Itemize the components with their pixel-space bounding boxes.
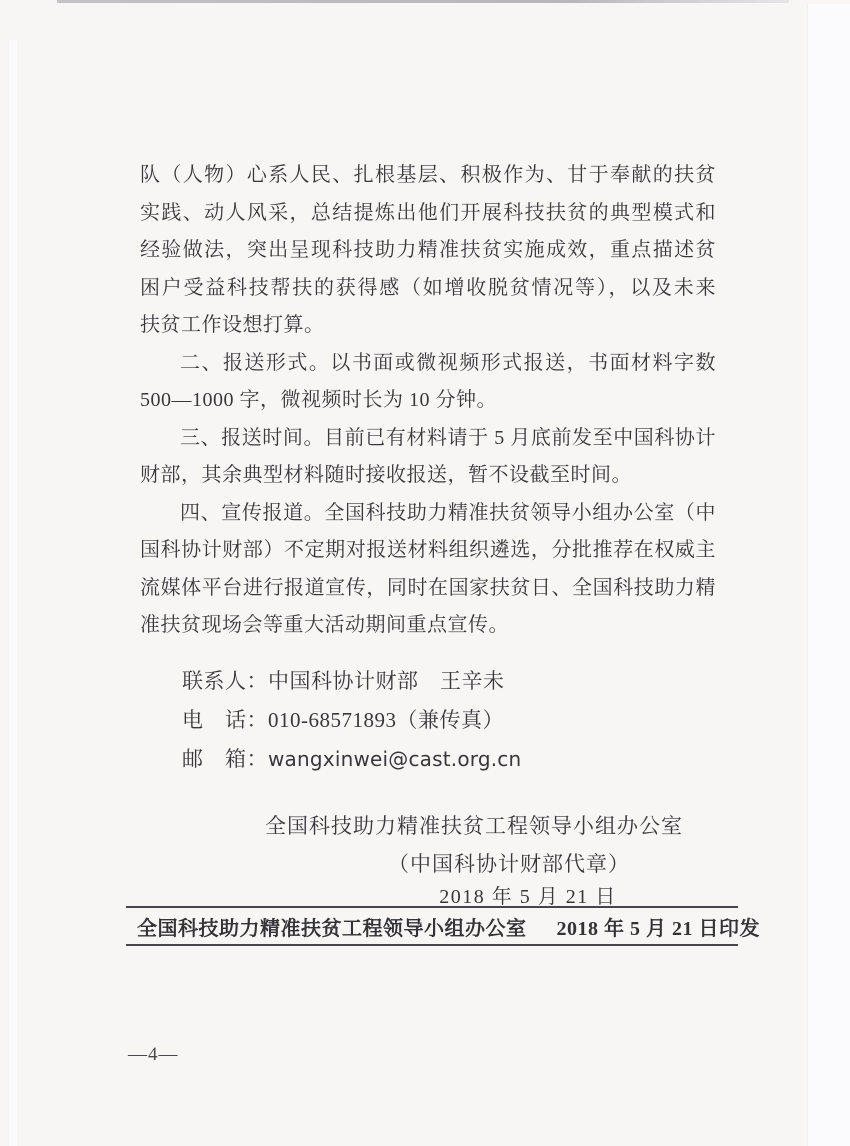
text-line: 四、宣传报道。全国科技助力精准扶贫领导小组办公室（中 [140,495,716,533]
contact-row-person: 联系人：中国科协计财部 王辛未 [182,662,521,701]
document-body: 队（人物）心系人民、扎根基层、积极作为、甘于奉献的扶贫实践、动人风采，总结提炼出… [140,157,716,645]
text-line: 二、报送形式。以书面或微视频形式报送，书面材料字数 [140,345,716,383]
signature-proxy-seal-note: （中国科协计财部代章） [388,848,630,878]
page-number: —4— [128,1044,179,1066]
paragraph-continuation: 队（人物）心系人民、扎根基层、积极作为、甘于奉献的扶贫实践、动人风采，总结提炼出… [140,157,716,345]
text-line: 500—1000 字，微视频时长为 10 分钟。 [140,382,716,420]
text-line: 困户受益科技帮扶的获得感（如增收脱贫情况等），以及未来 [140,270,716,308]
text-line: 实践、动人风采，总结提炼出他们开展科技扶贫的典型模式和 [140,195,716,233]
text-line: 扶贫工作设想打算。 [140,307,716,345]
scan-edge-right [807,4,850,1146]
scan-edge-top [57,0,789,3]
colophon: 全国科技助力精准扶贫工程领导小组办公室 2018 年 5 月 21 日印发 [126,906,738,946]
contact-person-value: 中国科协计财部 王辛未 [268,669,505,693]
text-line: 三、报送时间。目前已有材料请于 5 月底前发至中国科协计 [140,420,716,458]
scan-edge-left [9,40,17,1146]
contact-phone-label: 电 话： [182,708,268,732]
text-line: 准扶贫现场会等重大活动期间重点宣传。 [140,607,716,645]
contact-phone-value: 010-68571893（兼传真） [268,708,504,732]
paragraph-item-2: 二、报送形式。以书面或微视频形式报送，书面材料字数500—1000 字，微视频时… [140,345,716,420]
text-line: 队（人物）心系人民、扎根基层、积极作为、甘于奉献的扶贫 [140,157,716,195]
text-line: 财部，其余典型材料随时接收报送，暂不设截至时间。 [140,457,716,495]
signature-org: 全国科技助力精准扶贫工程领导小组办公室 [265,810,683,840]
text-line: 国科协计财部）不定期对报送材料组织遴选，分批推荐在权威主 [140,532,716,570]
contact-row-email: 邮 箱：wangxinwei@cast.org.cn [182,740,521,779]
contact-email-value: wangxinwei@cast.org.cn [268,747,521,771]
paragraph-item-4: 四、宣传报道。全国科技助力精准扶贫领导小组办公室（中国科协计财部）不定期对报送材… [140,495,716,645]
signature-date: 2018 年 5 月 21 日 [439,880,617,909]
text-line: 流媒体平台进行报道宣传，同时在国家扶贫日、全国科技助力精 [140,570,716,608]
text-line: 经验做法，突出呈现科技助力精准扶贫实施成效，重点描述贫 [140,232,716,270]
contact-email-label: 邮 箱： [182,747,268,771]
scanned-document-page: 队（人物）心系人民、扎根基层、积极作为、甘于奉献的扶贫实践、动人风采，总结提炼出… [0,0,850,1146]
paragraph-item-3: 三、报送时间。目前已有材料请于 5 月底前发至中国科协计财部，其余典型材料随时接… [140,420,716,495]
colophon-issuer: 全国科技助力精准扶贫工程领导小组办公室 [137,912,527,941]
contact-block: 联系人：中国科协计财部 王辛未 电 话：010-68571893（兼传真） 邮 … [182,662,521,779]
colophon-print-date: 2018 年 5 月 21 日印发 [557,912,761,941]
contact-person-label: 联系人： [182,669,268,693]
contact-row-phone: 电 话：010-68571893（兼传真） [182,701,521,740]
